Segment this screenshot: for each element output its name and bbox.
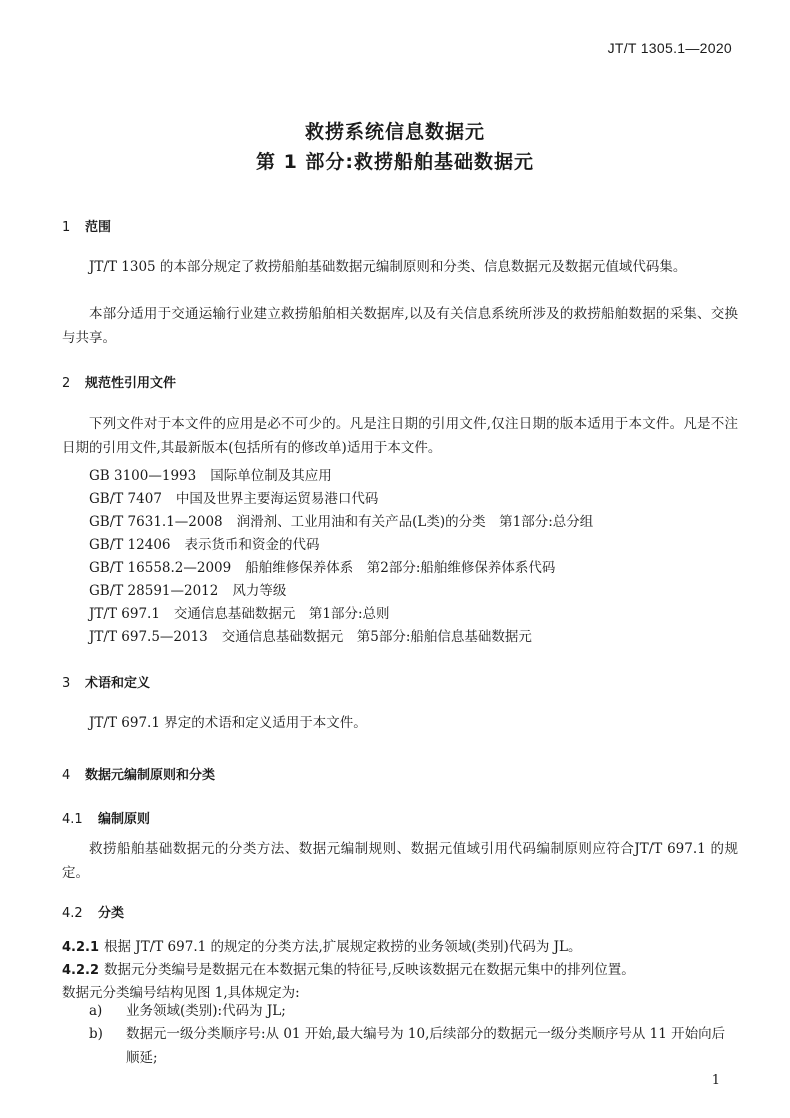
clause-4-2-2-continuation: 数据元分类编号结构见图 1,具体规定为: <box>62 981 738 1001</box>
section-number: 2 <box>62 376 85 391</box>
reference-code: GB/T 12406 <box>89 537 171 553</box>
document-subtitle: 第 1 部分:救捞船舶基础数据元 <box>0 147 790 174</box>
reference-title: 船舶维修保养体系 第2部分:船舶维修保养体系代码 <box>245 560 555 576</box>
section-title: 术语和定义 <box>85 676 150 691</box>
reference-item: GB/T 7631.1—2008润滑剂、工业用油和有关产品(L类)的分类 第1部… <box>89 510 593 530</box>
section-title: 分类 <box>98 906 124 921</box>
reference-code: GB 3100—1993 <box>89 468 196 484</box>
clause-number: 4.2.1 <box>62 940 104 955</box>
reference-item: GB/T 12406表示货币和资金的代码 <box>89 533 320 553</box>
reference-item: GB/T 16558.2—2009船舶维修保养体系 第2部分:船舶维修保养体系代… <box>89 556 555 576</box>
section-title: 编制原则 <box>98 812 150 827</box>
section-number: 4.2 <box>62 906 98 921</box>
reference-title: 交通信息基础数据元 第5部分:船舶信息基础数据元 <box>222 629 532 645</box>
clause-4-2-2: 4.2.2数据元分类编号是数据元在本数据元集的特征号,反映该数据元在数据元集中的… <box>62 958 738 978</box>
clause-text: 根据 JT/T 697.1 的规定的分类方法,扩展规定救捞的业务领域(类别)代码… <box>104 939 581 955</box>
reference-title: 国际单位制及其应用 <box>210 468 332 484</box>
page-number: 1 <box>712 1073 720 1088</box>
section-3-heading: 3术语和定义 <box>62 672 150 691</box>
list-text: 业务领域(类别):代码为 JL; <box>126 1000 738 1024</box>
reference-code: GB/T 28591—2012 <box>89 583 218 599</box>
section-4-heading: 4数据元编制原则和分类 <box>62 764 215 783</box>
document-page: JT/T 1305.1—2020 救捞系统信息数据元 第 1 部分:救捞船舶基础… <box>0 0 790 1118</box>
reference-title: 润滑剂、工业用油和有关产品(L类)的分类 第1部分:总分组 <box>237 514 594 530</box>
reference-code: GB/T 16558.2—2009 <box>89 560 231 576</box>
reference-code: JT/T 697.5—2013 <box>89 629 208 645</box>
reference-item: JT/T 697.1交通信息基础数据元 第1部分:总则 <box>89 602 390 622</box>
reference-code: GB/T 7407 <box>89 491 162 507</box>
list-item-a: a)业务领域(类别):代码为 JL; <box>89 1000 739 1024</box>
list-item-b: b)数据元一级分类顺序号:从 01 开始,最大编号为 10,后续部分的数据元一级… <box>89 1023 739 1070</box>
section-1-heading: 1范围 <box>62 216 111 235</box>
reference-item: GB 3100—1993国际单位制及其应用 <box>89 464 332 484</box>
clause-number: 4.2.2 <box>62 963 104 978</box>
section-number: 4 <box>62 768 85 783</box>
section-4-1-paragraph: 救捞船舶基础数据元的分类方法、数据元编制规则、数据元值域引用代码编制原则应符合J… <box>62 838 738 885</box>
list-label: b) <box>89 1023 126 1047</box>
section-4-1-heading: 4.1编制原则 <box>62 808 150 827</box>
reference-item: GB/T 7407中国及世界主要海运贸易港口代码 <box>89 487 378 507</box>
standard-code: JT/T 1305.1—2020 <box>608 40 732 56</box>
reference-title: 交通信息基础数据元 第1部分:总则 <box>174 606 390 622</box>
section-title: 数据元编制原则和分类 <box>85 768 215 783</box>
section-title: 规范性引用文件 <box>85 376 176 391</box>
reference-title: 中国及世界主要海运贸易港口代码 <box>176 491 379 507</box>
reference-item: JT/T 697.5—2013交通信息基础数据元 第5部分:船舶信息基础数据元 <box>89 625 532 645</box>
section-number: 4.1 <box>62 812 98 827</box>
reference-title: 风力等级 <box>232 583 286 599</box>
section-1-paragraph-1: JT/T 1305 的本部分规定了救捞船舶基础数据元编制原则和分类、信息数据元及… <box>62 256 738 280</box>
reference-code: JT/T 697.1 <box>89 606 160 622</box>
section-number: 1 <box>62 220 85 235</box>
section-3-paragraph: JT/T 697.1 界定的术语和定义适用于本文件。 <box>62 712 738 736</box>
list-label: a) <box>89 1000 126 1024</box>
list-text: 数据元一级分类顺序号:从 01 开始,最大编号为 10,后续部分的数据元一级分类… <box>126 1023 738 1070</box>
clause-text: 数据元分类编号是数据元在本数据元集的特征号,反映该数据元在数据元集中的排列位置。 <box>104 962 635 978</box>
clause-4-2-1: 4.2.1根据 JT/T 697.1 的规定的分类方法,扩展规定救捞的业务领域(… <box>62 935 738 955</box>
reference-code: GB/T 7631.1—2008 <box>89 514 223 530</box>
section-2-intro: 下列文件对于本文件的应用是必不可少的。凡是注日期的引用文件,仅注日期的版本适用于… <box>62 413 738 460</box>
document-title: 救捞系统信息数据元 <box>0 117 790 144</box>
reference-title: 表示货币和资金的代码 <box>185 537 320 553</box>
section-4-2-heading: 4.2分类 <box>62 902 124 921</box>
section-title: 范围 <box>85 220 111 235</box>
section-1-paragraph-2: 本部分适用于交通运输行业建立救捞船舶相关数据库,以及有关信息系统所涉及的救捞船舶… <box>62 303 738 350</box>
section-2-heading: 2规范性引用文件 <box>62 372 176 391</box>
reference-item: GB/T 28591—2012风力等级 <box>89 579 286 599</box>
section-number: 3 <box>62 676 85 691</box>
